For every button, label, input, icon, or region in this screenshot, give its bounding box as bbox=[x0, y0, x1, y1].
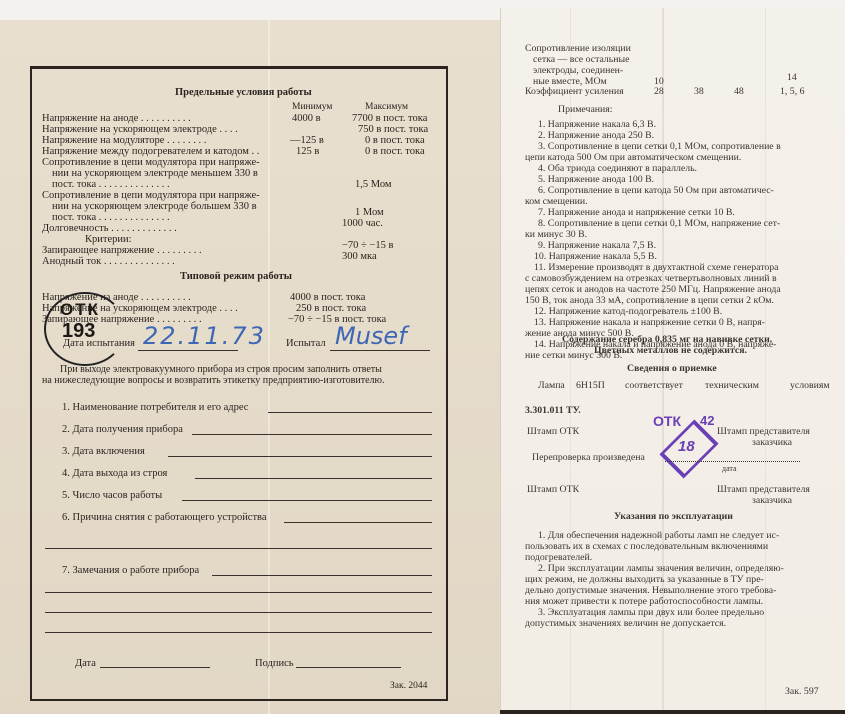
question-6-field[interactable] bbox=[284, 522, 432, 523]
question-5-label: 5. Число часов работы bbox=[62, 490, 162, 502]
col-min-header: Минимум bbox=[292, 101, 332, 113]
order-number-right: Зак. 597 bbox=[785, 686, 819, 697]
question-3-field[interactable] bbox=[168, 456, 432, 457]
otk-stamp-number: 18 bbox=[678, 438, 695, 455]
recheck-date-field[interactable] bbox=[665, 461, 800, 462]
tech-spec-number: 3.301.011 ТУ. bbox=[525, 405, 581, 416]
request-text-2: на нижеследующие вопросы и возвратить эт… bbox=[42, 375, 385, 387]
note-line: 8. Сопротивление в цепи сетки 0,1 МОм, н… bbox=[538, 218, 780, 229]
fold-crease bbox=[765, 8, 766, 714]
question-7-extra-line-3[interactable] bbox=[45, 632, 432, 633]
insulation-label: Сопротивление изоляции bbox=[525, 43, 631, 54]
tested-by-label: Испытал bbox=[286, 338, 326, 350]
gain-value: 28 bbox=[654, 86, 664, 97]
acceptance-word: условиям bbox=[790, 380, 830, 391]
note-line: 1. Напряжение накала 6,3 В. bbox=[538, 119, 656, 130]
order-number-left: Зак. 2044 bbox=[390, 680, 427, 692]
limits-title: Предельные условия работы bbox=[175, 87, 312, 99]
acceptance-title: Сведения о приемке bbox=[627, 363, 717, 374]
note-line: ком смещении. bbox=[525, 196, 588, 207]
question-2-field[interactable] bbox=[192, 434, 432, 435]
lamp-type: 6Н15П bbox=[576, 380, 605, 391]
silver-content: Содержание серебра 0,835 мг на навивке с… bbox=[562, 334, 772, 345]
limit-max: 1,5 Мом bbox=[355, 179, 392, 191]
signature-label: Подпись bbox=[255, 658, 294, 670]
operation-line: 2. При эксплуатации лампы значения велич… bbox=[538, 563, 784, 574]
otk-stamp-code: 42 bbox=[700, 413, 714, 428]
question-7-extra-line-1[interactable] bbox=[45, 592, 432, 593]
note-line: цепях сеток и анодов на частоте 250 МГц.… bbox=[525, 284, 781, 295]
limit-max: 0 в пост. тока bbox=[365, 146, 425, 158]
stamp-otk-label-2: Штамп ОТК bbox=[527, 484, 579, 495]
signature-field[interactable] bbox=[296, 667, 401, 668]
acceptance-word: соответствует bbox=[625, 380, 683, 391]
note-line: 2. Напряжение анода 250 В. bbox=[538, 130, 654, 141]
acceptance-word: техническим bbox=[705, 380, 759, 391]
operation-line: щих режим, не должны выходить за указанн… bbox=[525, 574, 764, 585]
notes-title: Примечания: bbox=[558, 104, 613, 115]
tester-signature: Musef bbox=[335, 322, 407, 350]
operation-line: 3. Эксплуатация лампы при двух или более… bbox=[538, 607, 764, 618]
limit-max: 1000 час. bbox=[342, 218, 383, 230]
question-4-field[interactable] bbox=[195, 478, 432, 479]
operation-line: дельно допустимые значения. Невыполнение… bbox=[525, 585, 776, 596]
nonferrous-metals: Цветных металлов не содержится. bbox=[594, 345, 747, 356]
note-line: ки минус 30 В. bbox=[525, 229, 587, 240]
question-1-label: 1. Наименование потребителя и его адрес bbox=[62, 402, 248, 414]
note-line: 11. Измерение производят в двухтактной с… bbox=[534, 262, 779, 273]
insulation-value: 14 bbox=[787, 72, 797, 83]
test-date-label: Дата испытания bbox=[63, 338, 135, 350]
stamp-otk-label: Штамп ОТК bbox=[527, 426, 579, 437]
col-max-header: Максимум bbox=[365, 101, 408, 113]
note-line: цепи катода 500 Ом при автоматическом см… bbox=[525, 152, 741, 163]
test-date-handwritten: 22.11.73 bbox=[143, 322, 266, 350]
operation-title: Указания по эксплуатации bbox=[614, 511, 733, 522]
date-label: Дата bbox=[75, 658, 96, 670]
bottom-border bbox=[500, 710, 845, 714]
note-line: 6. Сопротивление в цепи катода 50 Ом при… bbox=[538, 185, 774, 196]
limit-min: 4000 в bbox=[292, 113, 321, 125]
otk-stamp-text: ОТК bbox=[653, 413, 681, 429]
note-line: 150 В, ток анода 33 мА, сопротивление в … bbox=[525, 295, 774, 306]
question-1-field[interactable] bbox=[268, 412, 432, 413]
otk-stamp-text: ОТК bbox=[60, 300, 100, 320]
tested-by-line bbox=[330, 350, 430, 351]
question-2-label: 2. Дата получения прибора bbox=[62, 424, 183, 436]
limit-max: 300 мка bbox=[342, 251, 377, 263]
question-4-label: 4. Дата выхода из строя bbox=[62, 468, 167, 480]
gain-label: Коэффициент усиления bbox=[525, 86, 624, 97]
date-field[interactable] bbox=[100, 667, 210, 668]
typical-title: Типовой режим работы bbox=[180, 271, 292, 283]
question-5-field[interactable] bbox=[182, 500, 432, 501]
note-line: 3. Сопротивление в цепи сетки 0,1 МОм, с… bbox=[538, 141, 781, 152]
stamp-customer-label: Штамп представителя bbox=[717, 484, 810, 495]
limit-min: 125 в bbox=[296, 146, 319, 158]
note-line: 13. Напряжение накала и напряжение сетки… bbox=[534, 317, 765, 328]
acceptance-word: Лампа bbox=[538, 380, 565, 391]
note-line: с самовозбуждением на отрезках четвертьв… bbox=[525, 273, 777, 284]
note-line: 12. Напряжение катод-подогреватель ±100 … bbox=[534, 306, 722, 317]
test-date-line bbox=[138, 350, 238, 351]
operation-line: подогревателей. bbox=[525, 552, 592, 563]
note-line: 4. Оба триода соединяют в параллель. bbox=[538, 163, 697, 174]
gain-value: 1, 5, 6 bbox=[780, 86, 805, 97]
recheck-label: Перепроверка произведена bbox=[532, 452, 645, 463]
stamp-customer-label-2: заказчика bbox=[752, 495, 792, 506]
note-line: 10. Напряжение накала 5,5 В. bbox=[534, 251, 657, 262]
question-7-label: 7. Замечания о работе прибора bbox=[62, 565, 199, 577]
recheck-date-label: дата bbox=[722, 463, 737, 474]
gain-value: 48 bbox=[734, 86, 744, 97]
operation-line: пользовать их в схемах с последовательны… bbox=[525, 541, 768, 552]
insulation-label: электроды, соединен- bbox=[533, 65, 623, 76]
question-6-extra-line[interactable] bbox=[45, 548, 432, 549]
operation-line: 1. Для обеспечения надежной работы ламп … bbox=[538, 530, 779, 541]
gain-value: 38 bbox=[694, 86, 704, 97]
stamp-customer-label: Штамп представителя bbox=[717, 426, 810, 437]
question-7-extra-line-2[interactable] bbox=[45, 612, 432, 613]
question-6-label: 6. Причина снятия с работающего устройст… bbox=[62, 512, 267, 524]
operation-line: допустимых значениях величин не допускае… bbox=[525, 618, 726, 629]
question-3-label: 3. Дата включения bbox=[62, 446, 145, 458]
stamp-customer-label-2: заказчика bbox=[752, 437, 792, 448]
operation-line: ния может привести к потере работоспособ… bbox=[525, 596, 763, 607]
question-7-field[interactable] bbox=[212, 575, 432, 576]
limit-label: Анодный ток . . . . . . . . . . . . . . bbox=[42, 256, 175, 268]
insulation-label: сетка — все остальные bbox=[533, 54, 629, 65]
note-line: 9. Напряжение накала 7,5 В. bbox=[538, 240, 656, 251]
note-line: 5. Напряжение анода 100 В. bbox=[538, 174, 654, 185]
note-line: 7. Напряжение анода и напряжение сетки 1… bbox=[538, 207, 735, 218]
